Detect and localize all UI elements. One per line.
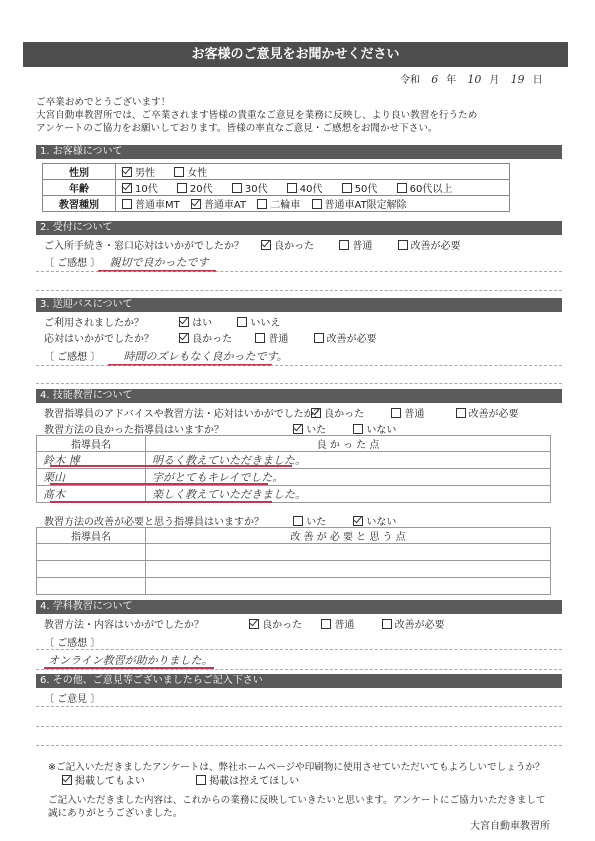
checkbox-icon[interactable] (122, 199, 132, 209)
date-year[interactable]: 6 (431, 73, 438, 86)
option-present[interactable]: いた (293, 513, 326, 528)
red-underline (50, 483, 268, 485)
option-female[interactable]: 女性 (174, 164, 207, 179)
checkbox-icon[interactable] (255, 333, 265, 343)
bus-used-row: ご利用されましたか？ はい いいえ (44, 314, 296, 329)
checkbox-checked-icon[interactable] (179, 333, 189, 343)
section-1-header: 1. お客様について (36, 145, 562, 159)
option-absent[interactable]: いない (353, 421, 396, 436)
checkbox-icon[interactable] (314, 333, 324, 343)
red-underline (50, 501, 272, 503)
checkbox-checked-icon[interactable] (353, 516, 363, 526)
table-header: 指導員名 改 善 が 必 要 と 思 う 点 (37, 528, 551, 544)
option-good[interactable]: 良かった (249, 616, 302, 631)
comment-label: 〔 ご感想 〕 (44, 352, 100, 363)
checkbox-icon[interactable] (397, 183, 407, 193)
checkbox-icon[interactable] (196, 775, 206, 785)
checkbox-checked-icon[interactable] (311, 408, 321, 418)
checkbox-icon[interactable] (398, 240, 408, 250)
row-gender: 性別 男性 女性 (43, 164, 510, 180)
option-present[interactable]: いた (293, 421, 326, 436)
checkbox-checked-icon[interactable] (122, 183, 132, 193)
option-yes[interactable]: はい (179, 314, 212, 329)
date: 令和 6年 10月 19日 (400, 71, 543, 86)
section-4-header: 4. 技能教習について (36, 389, 562, 403)
col-header-good-points: 良 か っ た 点 (146, 436, 551, 452)
bus-service-question: 応対はいかがでしたか？ (44, 330, 176, 345)
table-row (37, 578, 551, 595)
option-good[interactable]: 良かった (311, 405, 364, 420)
instructor-name[interactable] (37, 561, 146, 578)
gender-label: 性別 (43, 164, 116, 180)
checkbox-icon[interactable] (293, 516, 303, 526)
page-title: お客様のご意見をお聞かせください (23, 42, 568, 67)
table-row (37, 544, 551, 561)
col-header-instructor: 指導員名 (37, 528, 146, 544)
option-at[interactable]: 普通車AT (191, 196, 246, 211)
comment-line (36, 271, 562, 272)
comment-line (36, 383, 562, 384)
checkbox-icon[interactable] (339, 240, 349, 250)
option-needs-improvement[interactable]: 改善が必要 (398, 237, 461, 252)
signature: 大宮自動車教習所 (470, 817, 550, 832)
intro-text: ご卒業おめでとうございます！ 大宮自動車教習所では、ご卒業されます皆様の貴重なご… (36, 96, 477, 135)
option-normal[interactable]: 普通 (339, 237, 372, 252)
checkbox-icon[interactable] (174, 167, 184, 177)
option-normal[interactable]: 普通 (255, 330, 288, 345)
consent-question: ※ご記入いただきましたアンケートは、弊社ホームページや印刷物に使用させていただい… (48, 759, 545, 773)
checkbox-checked-icon[interactable] (191, 199, 201, 209)
checkbox-icon[interactable] (342, 183, 352, 193)
date-year-unit: 年 (446, 75, 456, 86)
section-2-header: 2. 受付について (36, 221, 562, 235)
option-male[interactable]: 男性 (122, 164, 155, 179)
option-no[interactable]: いいえ (237, 314, 280, 329)
intro-line: アンケートのご協力をお願いしております。皆様の率直なご意見・ご感想をお聞かせ下さ… (36, 122, 477, 135)
table-row (37, 561, 551, 578)
option-mt[interactable]: 普通車MT (122, 196, 180, 211)
option-publish-decline[interactable]: 掲載は控えてほしい (196, 772, 299, 787)
col-header-instructor: 指導員名 (37, 436, 146, 452)
option-normal[interactable]: 普通 (321, 616, 354, 631)
option-publish-ok[interactable]: 掲載してもよい (62, 772, 145, 787)
checkbox-icon[interactable] (237, 317, 247, 327)
option-needs-improvement[interactable]: 改善が必要 (314, 330, 377, 345)
date-month[interactable]: 10 (467, 73, 481, 86)
good-point[interactable]: 楽しく教えていただきました。 (146, 486, 551, 503)
checkbox-checked-icon[interactable] (293, 424, 303, 434)
option-at-limit-removal[interactable]: 普通車AT限定解除 (312, 196, 407, 211)
improve-instructor-table: 指導員名 改 善 が 必 要 と 思 う 点 (36, 527, 551, 595)
row-age: 年齢 10代 20代 30代 40代 50代 60代以上 (43, 180, 510, 196)
checkbox-checked-icon[interactable] (261, 240, 271, 250)
other-comment-label: 〔 ご意見 〕 (44, 690, 100, 705)
option-age-20s[interactable]: 20代 (177, 180, 213, 195)
instructor-name[interactable] (37, 544, 146, 561)
instructor-eval-question: 教習指導員のアドバイスや教習方法・応対はいかがでしたか？ (44, 405, 308, 420)
checkbox-checked-icon[interactable] (62, 775, 72, 785)
intro-line: 大宮自動車教習所では、ご卒業されます皆様の貴重なご意見を業務に反映し、より良い教… (36, 109, 477, 122)
comment-line[interactable] (36, 745, 562, 746)
comment-line[interactable] (36, 726, 562, 727)
course-type-label: 教習種別 (43, 196, 116, 212)
option-motorcycle[interactable]: 二輪車 (257, 196, 300, 211)
option-age-40s[interactable]: 40代 (287, 180, 323, 195)
lecture-question-row: 教習方法・内容はいかがでしたか？ 良かった 普通 改善が必要 (44, 616, 461, 631)
bus-used-question: ご利用されましたか？ (44, 314, 176, 329)
lecture-comment[interactable]: オンライン教習が助かりました。 (48, 652, 213, 668)
date-month-unit: 月 (489, 75, 499, 86)
consent-options: 掲載してもよい 掲載は控えてほしい (62, 772, 315, 787)
lecture-question: 教習方法・内容はいかがでしたか？ (44, 616, 246, 631)
comment-label: 〔 ご感想 〕 (44, 258, 100, 269)
option-age-10s[interactable]: 10代 (122, 180, 158, 195)
good-instructor-row: 教習方法の良かった指導員はいますか？ いた いない (44, 421, 412, 436)
option-needs-improvement[interactable]: 改善が必要 (382, 616, 445, 631)
improvement-point[interactable] (146, 578, 551, 595)
section-3-header: 3. 送迎バスについて (36, 298, 562, 312)
checkbox-icon[interactable] (287, 183, 297, 193)
lecture-comment-label: 〔 ご感想 〕 (44, 634, 100, 649)
option-needs-improvement[interactable]: 改善が必要 (456, 405, 519, 420)
date-era: 令和 (400, 75, 420, 86)
customer-info-table: 性別 男性 女性 年齢 10代 20代 30代 40代 50代 60代以上 教習… (42, 163, 510, 212)
improve-instructor-row: 教習方法の改善が必要と思う指導員はいますか？ いた いない (44, 513, 412, 528)
checkbox-icon[interactable] (382, 619, 392, 629)
row-course-type: 教習種別 普通車MT 普通車AT 二輪車 普通車AT限定解除 (43, 196, 510, 212)
bus-comment-row: 〔 ご感想 〕 時間のズレもなく良かったです。 (44, 348, 288, 364)
option-good[interactable]: 良かった (179, 330, 232, 345)
col-header-improvement-points: 改 善 が 必 要 と 思 う 点 (146, 528, 551, 544)
instructor-name[interactable]: 髙木 (37, 486, 146, 503)
bus-comment[interactable]: 時間のズレもなく良かったです。 (124, 350, 288, 363)
comment-line (36, 290, 562, 291)
table-row: 髙木 楽しく教えていただきました。 (37, 486, 551, 503)
checkbox-icon[interactable] (321, 619, 331, 629)
improvement-point[interactable] (146, 544, 551, 561)
checkbox-checked-icon[interactable] (122, 167, 132, 177)
checkbox-icon[interactable] (391, 408, 401, 418)
checkbox-checked-icon[interactable] (179, 317, 189, 327)
date-day-unit: 日 (533, 75, 543, 86)
closing-line: ご記入いただきました内容は、これからの業務に反映していきたいと思います。アンケー… (48, 794, 546, 807)
comment-line (36, 365, 562, 366)
comment-line (36, 669, 562, 670)
intro-line: ご卒業おめでとうございます！ (36, 96, 477, 109)
checkbox-icon[interactable] (257, 199, 267, 209)
checkbox-icon[interactable] (312, 199, 322, 209)
table-header: 指導員名 良 か っ た 点 (37, 436, 551, 452)
date-day[interactable]: 19 (511, 73, 525, 86)
option-age-50s[interactable]: 50代 (342, 180, 378, 195)
option-absent[interactable]: いない (353, 513, 396, 528)
checkbox-icon[interactable] (177, 183, 187, 193)
bus-service-row: 応対はいかがでしたか？ 良かった 普通 改善が必要 (44, 330, 393, 345)
improve-instructor-question: 教習方法の改善が必要と思う指導員はいますか？ (44, 513, 290, 528)
reception-comment-row: 〔 ご感想 〕 親切で良かったです (44, 254, 209, 270)
improvement-point[interactable] (146, 561, 551, 578)
age-label: 年齢 (43, 180, 116, 196)
good-instructor-question: 教習方法の良かった指導員はいますか？ (44, 421, 290, 436)
option-normal[interactable]: 普通 (391, 405, 424, 420)
option-age-30s[interactable]: 30代 (232, 180, 268, 195)
reception-question: ご入所手続き・窓口応対はいかがでしたか？ (44, 237, 258, 252)
section-5-header: 4. 学科教習について (36, 600, 562, 614)
instructor-name[interactable] (37, 578, 146, 595)
option-age-60s-plus[interactable]: 60代以上 (397, 180, 453, 195)
reception-comment[interactable]: 親切で良かったです (110, 256, 209, 269)
instructor-eval-row: 教習指導員のアドバイスや教習方法・応対はいかがでしたか？ 良かった 普通 改善が… (44, 405, 535, 420)
comment-line[interactable] (36, 706, 562, 707)
comment-line (36, 649, 562, 650)
good-instructor-table: 指導員名 良 か っ た 点 鈴木 博 明るく教えていただきました。 栗山 字が… (36, 435, 551, 503)
checkbox-checked-icon[interactable] (249, 619, 259, 629)
red-underline (50, 465, 292, 467)
section-6-header: 6. その他、ご意見等ございましたらご記入下さい (36, 674, 562, 688)
checkbox-icon[interactable] (353, 424, 363, 434)
option-good[interactable]: 良かった (261, 237, 314, 252)
checkbox-icon[interactable] (456, 408, 466, 418)
reception-question-row: ご入所手続き・窓口応対はいかがでしたか？ 良かった 普通 改善が必要 (44, 237, 477, 252)
checkbox-icon[interactable] (232, 183, 242, 193)
